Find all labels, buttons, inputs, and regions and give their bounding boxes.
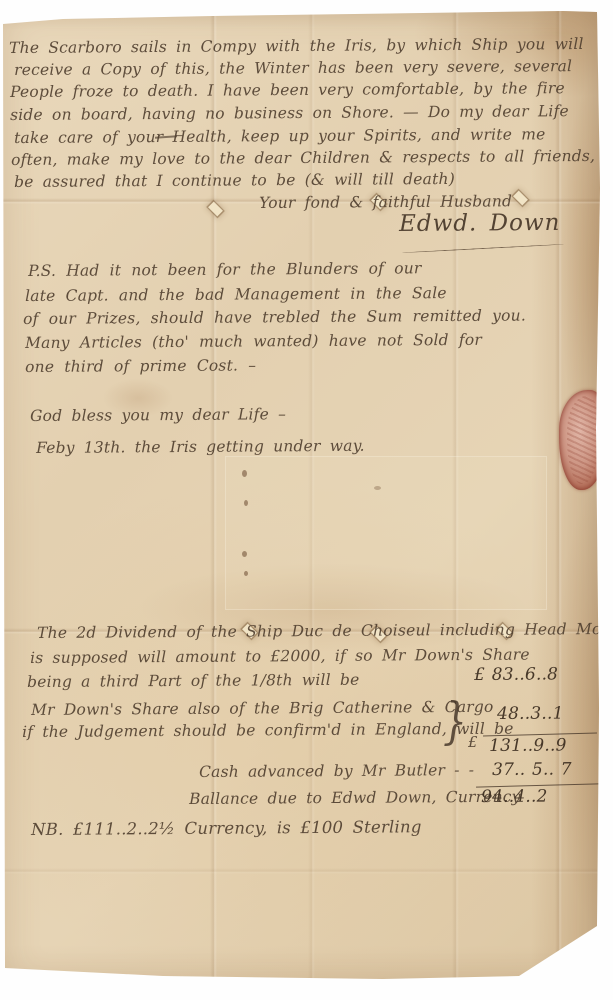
fold-stain-dot [242, 551, 247, 557]
balance-amount: 94..4..2 [481, 787, 548, 807]
nb-currency-note: NB. £111..2..2½ Currency, is £100 Sterli… [31, 817, 422, 840]
postscript-line: one third of prime Cost. – [25, 355, 256, 377]
postscript-line: Many Articles (tho' much wanted) have no… [25, 330, 482, 353]
cash-advanced-amount: 37.. 5.. 7 [492, 759, 572, 780]
folded-corner [511, 920, 603, 982]
subtotal-pound-sign: £ [468, 733, 478, 751]
letter-body-line: be assured that I continue to be (& will… [14, 169, 455, 192]
horizontal-fold-crease [3, 868, 604, 874]
dividend-amount: £ 83..6..8 [474, 664, 558, 685]
blessing-line: God bless you my dear Life – [30, 404, 286, 426]
letter-body-line: receive a Copy of this, the Winter has b… [14, 56, 572, 80]
postscript-line: of our Prizes, should have trebled the S… [23, 305, 526, 329]
letter-body-line: People froze to death. I have been very … [10, 78, 565, 102]
account-text-line: Mr Down's Share also of the Brig Catheri… [31, 697, 494, 720]
letter-body-line: side on board, having no business on Sho… [10, 101, 569, 125]
account-text-line: if the Judgement should be confirm'd in … [22, 719, 514, 742]
fold-stain-dot [244, 500, 248, 506]
account-text-line: being a third Part of the 1/8th will be [27, 670, 360, 692]
letter-body-line: The Scarboro sails in Compy with the Iri… [9, 34, 584, 58]
subtotal-amount: 131..9..9 [489, 735, 567, 756]
fold-stain-dot [244, 571, 248, 576]
postscript-line: P.S. Had it not been for the Blunders of… [28, 258, 422, 281]
balance-label: Ballance due to Edwd Down, Currency [189, 787, 521, 809]
account-brace: } [443, 696, 467, 746]
account-text-line: The 2d Dividend of the Ship Duc de Chois… [37, 619, 613, 643]
signature: Edwd. Down [399, 213, 560, 234]
letter-body-line: often, make my love to the dear Children… [11, 146, 613, 170]
brig-amount: 48..3..1 [497, 704, 564, 724]
scanned-letter-background: The Scarboro sails in Compy with the Iri… [0, 0, 613, 1000]
date-line: Feby 13th. the Iris getting under way. [36, 436, 365, 458]
postscript-line: late Capt. and the bad Management in the… [25, 283, 447, 306]
fold-panel-seam [225, 456, 547, 610]
fold-stain-dot [374, 486, 381, 490]
signature-flourish [402, 244, 564, 253]
letter-page: The Scarboro sails in Compy with the Iri… [3, 8, 604, 990]
fold-stain-dot [242, 470, 247, 477]
letter-body-line: take care of your Health, keep up your S… [14, 124, 546, 148]
wax-seal-remnant [559, 390, 608, 490]
account-text-line: is supposed will amount to £2000, if so … [30, 645, 530, 668]
cash-advanced-label: Cash advanced by Mr Butler - - [199, 760, 474, 782]
